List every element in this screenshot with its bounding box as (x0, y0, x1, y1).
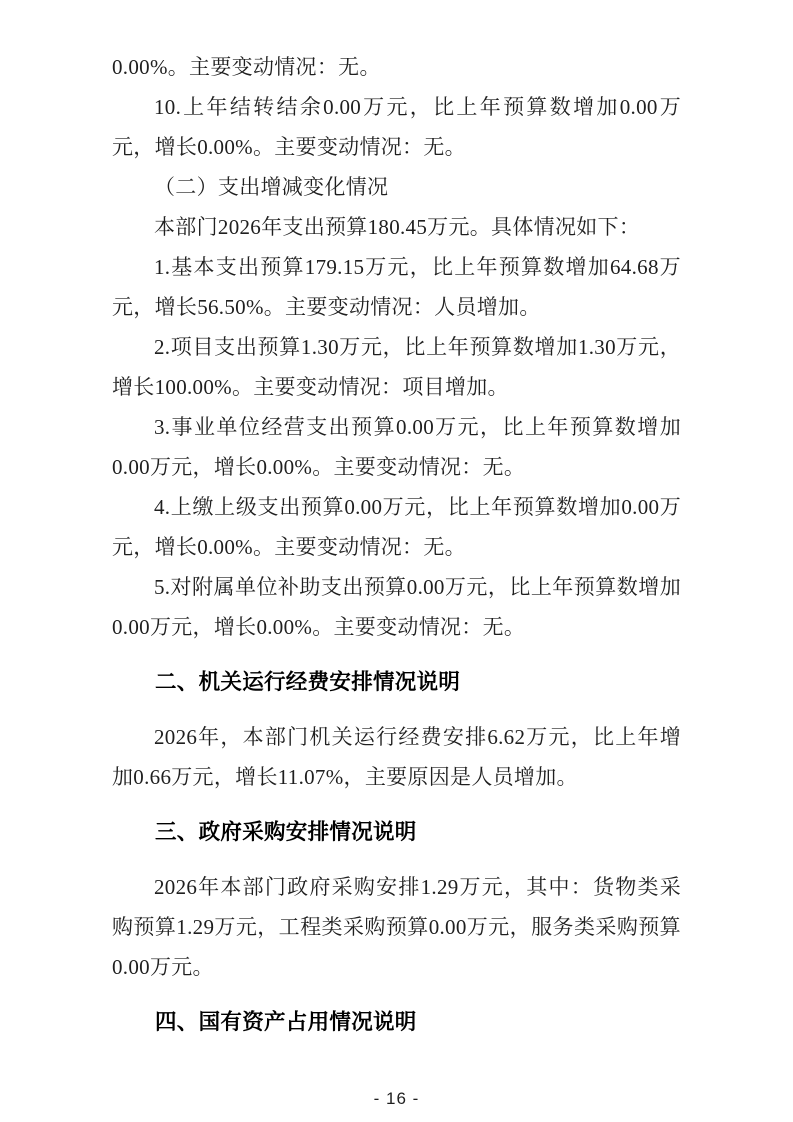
paragraph-expenditure-total: 本部门2026年支出预算180.45万元。具体情况如下： (112, 207, 681, 247)
paragraph-carryover-continuation: 0.00%。主要变动情况：无。 (112, 47, 681, 87)
paragraph-item-1: 1.基本支出预算179.15万元，比上年预算数增加64.68万元，增长56.50… (112, 247, 681, 327)
page-footer: - 16 - (0, 1089, 793, 1109)
paragraph-item-5: 5.对附属单位补助支出预算0.00万元，比上年预算数增加0.00万元，增长0.0… (112, 567, 681, 647)
paragraph-item-2: 2.项目支出预算1.30万元，比上年预算数增加1.30万元，增长100.00%。… (112, 327, 681, 407)
subsection-title-expenditure-change: （二）支出增减变化情况 (112, 167, 681, 207)
paragraph-item-3: 3.事业单位经营支出预算0.00万元，比上年预算数增加0.00万元，增长0.00… (112, 407, 681, 487)
paragraph-item-10: 10.上年结转结余0.00万元，比上年预算数增加0.00万元，增长0.00%。主… (112, 87, 681, 167)
paragraph-item-4: 4.上缴上级支出预算0.00万元，比上年预算数增加0.00万元，增长0.00%。… (112, 487, 681, 567)
section-heading-state-assets: 四、国有资产占用情况说明 (112, 1002, 681, 1042)
section-heading-government-procurement: 三、政府采购安排情况说明 (112, 812, 681, 852)
paragraph-government-procurement: 2026年本部门政府采购安排1.29万元，其中：货物类采购预算1.29万元，工程… (112, 867, 681, 987)
paragraph-operating-funds: 2026年，本部门机关运行经费安排6.62万元，比上年增加0.66万元，增长11… (112, 717, 681, 797)
document-page: 0.00%。主要变动情况：无。 10.上年结转结余0.00万元，比上年预算数增加… (0, 0, 793, 1122)
section-heading-operating-funds: 二、机关运行经费安排情况说明 (112, 662, 681, 702)
document-content: 0.00%。主要变动情况：无。 10.上年结转结余0.00万元，比上年预算数增加… (112, 47, 681, 1057)
page-number: - 16 - (374, 1089, 420, 1108)
